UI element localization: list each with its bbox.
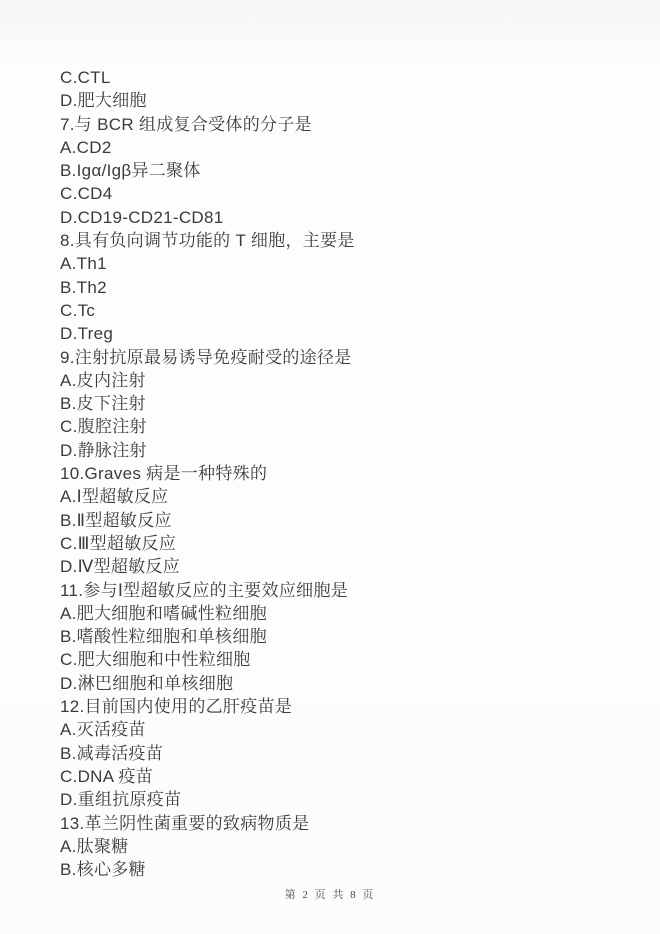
question-8-option-d: D.Treg: [60, 322, 630, 345]
question-10-option-a: A.Ⅰ型超敏反应: [60, 485, 630, 508]
question-7: 7.与 BCR 组成复合受体的分子是 A.CD2 B.Igα/Igβ异二聚体 C…: [60, 113, 630, 229]
question-13: 13.革兰阴性菌重要的致病物质是 A.肽聚糖 B.核心多糖: [60, 812, 630, 882]
question-8-stem: 8.具有负向调节功能的 T 细胞，主要是: [60, 229, 630, 252]
question-12-option-c: C.DNA 疫苗: [60, 765, 630, 788]
question-9-option-d: D.静脉注射: [60, 439, 630, 462]
question-8-option-b: B.Th2: [60, 276, 630, 299]
question-8-option-c: C.Tc: [60, 299, 630, 322]
question-9-option-b: B.皮下注射: [60, 392, 630, 415]
question-11-stem: 11.参与Ⅰ型超敏反应的主要效应细胞是: [60, 579, 630, 602]
question-10-option-b: B.Ⅱ型超敏反应: [60, 509, 630, 532]
question-9-option-a: A.皮内注射: [60, 369, 630, 392]
question-8-option-a: A.Th1: [60, 252, 630, 275]
question-13-option-a: A.肽聚糖: [60, 835, 630, 858]
question-7-option-d: D.CD19-CD21-CD81: [60, 206, 630, 229]
question-7-stem: 7.与 BCR 组成复合受体的分子是: [60, 113, 630, 136]
question-12: 12.目前国内使用的乙肝疫苗是 A.灭活疫苗 B.减毒活疫苗 C.DNA 疫苗 …: [60, 695, 630, 811]
question-11-option-b: B.嗜酸性粒细胞和单核细胞: [60, 625, 630, 648]
question-10-stem: 10.Graves 病是一种特殊的: [60, 462, 630, 485]
question-11-option-c: C.肥大细胞和中性粒细胞: [60, 648, 630, 671]
question-10: 10.Graves 病是一种特殊的 A.Ⅰ型超敏反应 B.Ⅱ型超敏反应 C.Ⅲ型…: [60, 462, 630, 578]
question-9: 9.注射抗原最易诱导免疫耐受的途径是 A.皮内注射 B.皮下注射 C.腹腔注射 …: [60, 346, 630, 462]
question-12-option-a: A.灭活疫苗: [60, 718, 630, 741]
question-10-option-c: C.Ⅲ型超敏反应: [60, 532, 630, 555]
question-11-option-a: A.肥大细胞和嗜碱性粒细胞: [60, 602, 630, 625]
question-9-stem: 9.注射抗原最易诱导免疫耐受的途径是: [60, 346, 630, 369]
question-8: 8.具有负向调节功能的 T 细胞，主要是 A.Th1 B.Th2 C.Tc D.…: [60, 229, 630, 345]
question-13-option-b: B.核心多糖: [60, 858, 630, 881]
page-number-footer: 第 2 页 共 8 页: [0, 886, 660, 902]
question-list: C.CTL D.肥大细胞 7.与 BCR 组成复合受体的分子是 A.CD2 B.…: [60, 66, 630, 881]
question-12-stem: 12.目前国内使用的乙肝疫苗是: [60, 695, 630, 718]
carryover-option-d: D.肥大细胞: [60, 89, 630, 112]
carryover-option-c: C.CTL: [60, 66, 630, 89]
question-12-option-d: D.重组抗原疫苗: [60, 788, 630, 811]
question-7-option-b: B.Igα/Igβ异二聚体: [60, 159, 630, 182]
question-11: 11.参与Ⅰ型超敏反应的主要效应细胞是 A.肥大细胞和嗜碱性粒细胞 B.嗜酸性粒…: [60, 579, 630, 695]
question-10-option-d: D.Ⅳ型超敏反应: [60, 555, 630, 578]
exam-page: C.CTL D.肥大细胞 7.与 BCR 组成复合受体的分子是 A.CD2 B.…: [0, 0, 660, 934]
question-7-option-a: A.CD2: [60, 136, 630, 159]
question-7-option-c: C.CD4: [60, 182, 630, 205]
question-9-option-c: C.腹腔注射: [60, 415, 630, 438]
question-12-option-b: B.减毒活疫苗: [60, 742, 630, 765]
question-11-option-d: D.淋巴细胞和单核细胞: [60, 672, 630, 695]
question-13-stem: 13.革兰阴性菌重要的致病物质是: [60, 812, 630, 835]
